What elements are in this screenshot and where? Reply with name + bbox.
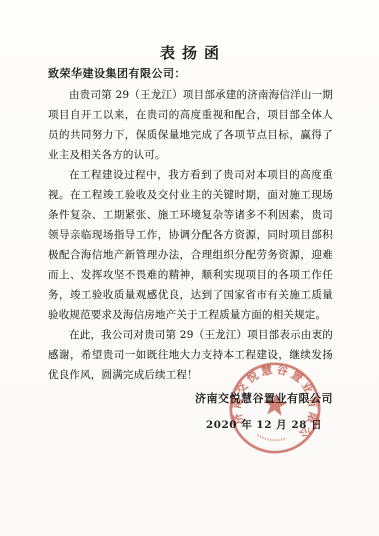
signature-company-name: 济南交悦慧谷置业有限公司	[195, 390, 333, 408]
body-paragraph: 由贵司第 29（王龙江）项目部承建的济南海信洋山一期项目自开工以来，在贵司的高度…	[48, 85, 333, 165]
letter-body: 致荣华建设集团有限公司： 由贵司第 29（王龙江）项目部承建的济南海信洋山一期项…	[48, 63, 333, 385]
body-paragraphs: 由贵司第 29（王龙江）项目部承建的济南海信洋山一期项目自开工以来，在贵司的高度…	[48, 85, 333, 385]
commendation-letter-page: 表扬函 致荣华建设集团有限公司： 由贵司第 29（王龙江）项目部承建的济南海信洋…	[0, 0, 379, 536]
seal-code-marks	[257, 435, 286, 441]
body-paragraph: 在此，我公司对贵司第 29（王龙江）项目部表示由衷的感谢，希望贵司一如既往地大力…	[48, 325, 333, 385]
signature-date: 2020 年 12 月 28 日	[195, 417, 333, 432]
salutation-line: 致荣华建设集团有限公司：	[48, 63, 333, 85]
body-paragraph: 在工程建设过程中，我方看到了贵司对本项目的高度重视。在工程竣工验收及交付业主的关…	[48, 165, 333, 325]
signature-block: 济南交悦慧谷置业有限公司 2020 年 12 月 28 日	[195, 390, 333, 432]
document-title: 表扬函	[0, 42, 379, 63]
